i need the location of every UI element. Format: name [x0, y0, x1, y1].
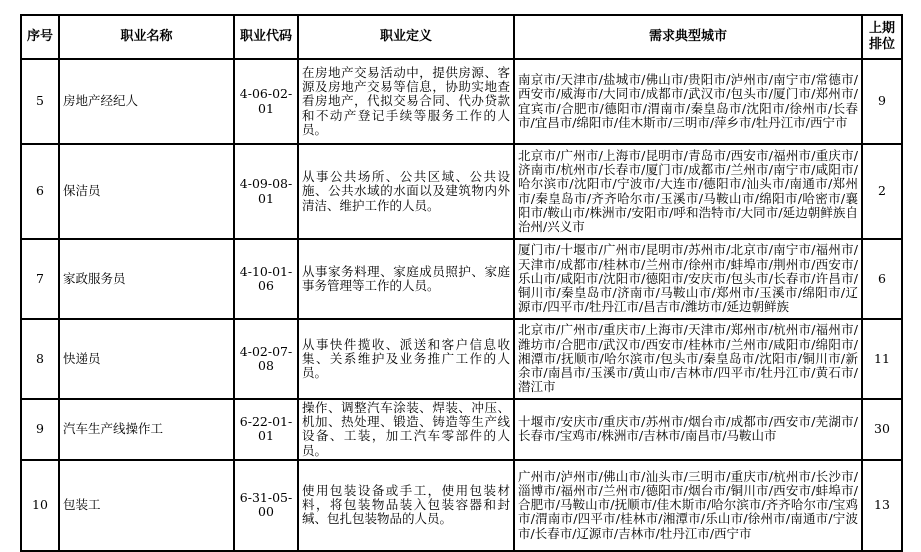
- header-occupation-name: 职业名称: [59, 15, 234, 59]
- table-row: 7 家政服务员 4-10-01-06 从事家务料理、家庭成员照护、家庭事务管理等…: [21, 239, 902, 319]
- table-row: 9 汽车生产线操作工 6-22-01-01 操作、调整汽车涂装、焊装、冲压、机加…: [21, 399, 902, 460]
- occupation-code-cell: 4-06-02-01: [234, 59, 298, 144]
- occupation-name-cell: 家政服务员: [59, 239, 234, 319]
- seq-cell: 5: [21, 59, 59, 144]
- occupation-code-cell: 4-10-01-06: [234, 239, 298, 319]
- occupation-definition-cell: 从事快件揽收、派送和客户信息收集、关系维护及业务推广工作的人员。: [298, 319, 514, 399]
- demand-cities-cell: 南京市/天津市/盐城市/佛山市/贵阳市/泸州市/南宁市/常德市/西安市/威海市/…: [514, 59, 862, 144]
- table-row: 5 房地产经纪人 4-06-02-01 在房地产交易活动中，提供房源、客源及房地…: [21, 59, 902, 144]
- occupation-code-cell: 6-22-01-01: [234, 399, 298, 460]
- occupation-definition-cell: 在房地产交易活动中，提供房源、客源及房地产交易等信息，协助实地查看房地产，代拟交…: [298, 59, 514, 144]
- table-row: 6 保洁员 4-09-08-01 从事公共场所、公共区域、公共设施、公共水域的水…: [21, 144, 902, 239]
- header-occupation-code: 职业代码: [234, 15, 298, 59]
- occupation-code-cell: 4-02-07-08: [234, 319, 298, 399]
- occupation-name-cell: 房地产经纪人: [59, 59, 234, 144]
- table-body: 5 房地产经纪人 4-06-02-01 在房地产交易活动中，提供房源、客源及房地…: [21, 59, 902, 549]
- header-row: 序号 职业名称 职业代码 职业定义 需求典型城市 上期排位: [21, 15, 902, 59]
- seq-cell: 10: [21, 460, 59, 549]
- occupation-definition-cell: 从事家务料理、家庭成员照护、家庭事务管理等工作的人员。: [298, 239, 514, 319]
- demand-cities-cell: 厦门市/十堰市/广州市/昆明市/苏州市/北京市/南宁市/福州市/天津市/成都市/…: [514, 239, 862, 319]
- previous-rank-cell: 2: [862, 144, 902, 239]
- seq-cell: 6: [21, 144, 59, 239]
- occupation-definition-cell: 从事公共场所、公共区域、公共设施、公共水域的水面以及建筑物内外清洁、维护工作的人…: [298, 144, 514, 239]
- demand-cities-cell: 北京市/广州市/上海市/昆明市/青岛市/西安市/福州市/重庆市/济南市/杭州市/…: [514, 144, 862, 239]
- seq-cell: 8: [21, 319, 59, 399]
- table-header: 序号 职业名称 职业代码 职业定义 需求典型城市 上期排位: [21, 15, 902, 59]
- occupation-definition-cell: 操作、调整汽车涂装、焊装、冲压、机加、热处理、锻造、铸造等生产线设备、工装，加工…: [298, 399, 514, 460]
- header-seq: 序号: [21, 15, 59, 59]
- previous-rank-cell: 9: [862, 59, 902, 144]
- occupation-code-cell: 4-09-08-01: [234, 144, 298, 239]
- header-previous-rank: 上期排位: [862, 15, 902, 59]
- occupation-code-cell: 6-31-05-00: [234, 460, 298, 549]
- occupation-name-cell: 快递员: [59, 319, 234, 399]
- occupation-name-cell: 保洁员: [59, 144, 234, 239]
- table-row: 10 包装工 6-31-05-00 使用包装设备或手工，使用包装材料，将包装物品…: [21, 460, 902, 549]
- previous-rank-cell: 11: [862, 319, 902, 399]
- header-demand-cities: 需求典型城市: [514, 15, 862, 59]
- demand-cities-cell: 十堰市/安庆市/重庆市/苏州市/烟台市/成都市/西安市/芜湖市/长春市/宝鸡市/…: [514, 399, 862, 460]
- occupation-name-cell: 包装工: [59, 460, 234, 549]
- header-occupation-definition: 职业定义: [298, 15, 514, 59]
- previous-rank-cell: 13: [862, 460, 902, 549]
- seq-cell: 7: [21, 239, 59, 319]
- occupation-ranking-table: 序号 职业名称 职业代码 职业定义 需求典型城市 上期排位 5 房地产经纪人 4…: [20, 14, 903, 549]
- demand-cities-cell: 北京市/广州市/重庆市/上海市/天津市/郑州市/杭州市/福州市/潍坊市/合肥市/…: [514, 319, 862, 399]
- table-row: 8 快递员 4-02-07-08 从事快件揽收、派送和客户信息收集、关系维护及业…: [21, 319, 902, 399]
- previous-rank-cell: 30: [862, 399, 902, 460]
- occupation-name-cell: 汽车生产线操作工: [59, 399, 234, 460]
- previous-rank-cell: 6: [862, 239, 902, 319]
- occupation-definition-cell: 使用包装设备或手工，使用包装材料，将包装物品装入包装容器和封缄、包扎包装物品的人…: [298, 460, 514, 549]
- demand-cities-cell: 广州市/泸州市/佛山市/汕头市/三明市/重庆市/杭州市/长沙市/淄博市/福州市/…: [514, 460, 862, 549]
- seq-cell: 9: [21, 399, 59, 460]
